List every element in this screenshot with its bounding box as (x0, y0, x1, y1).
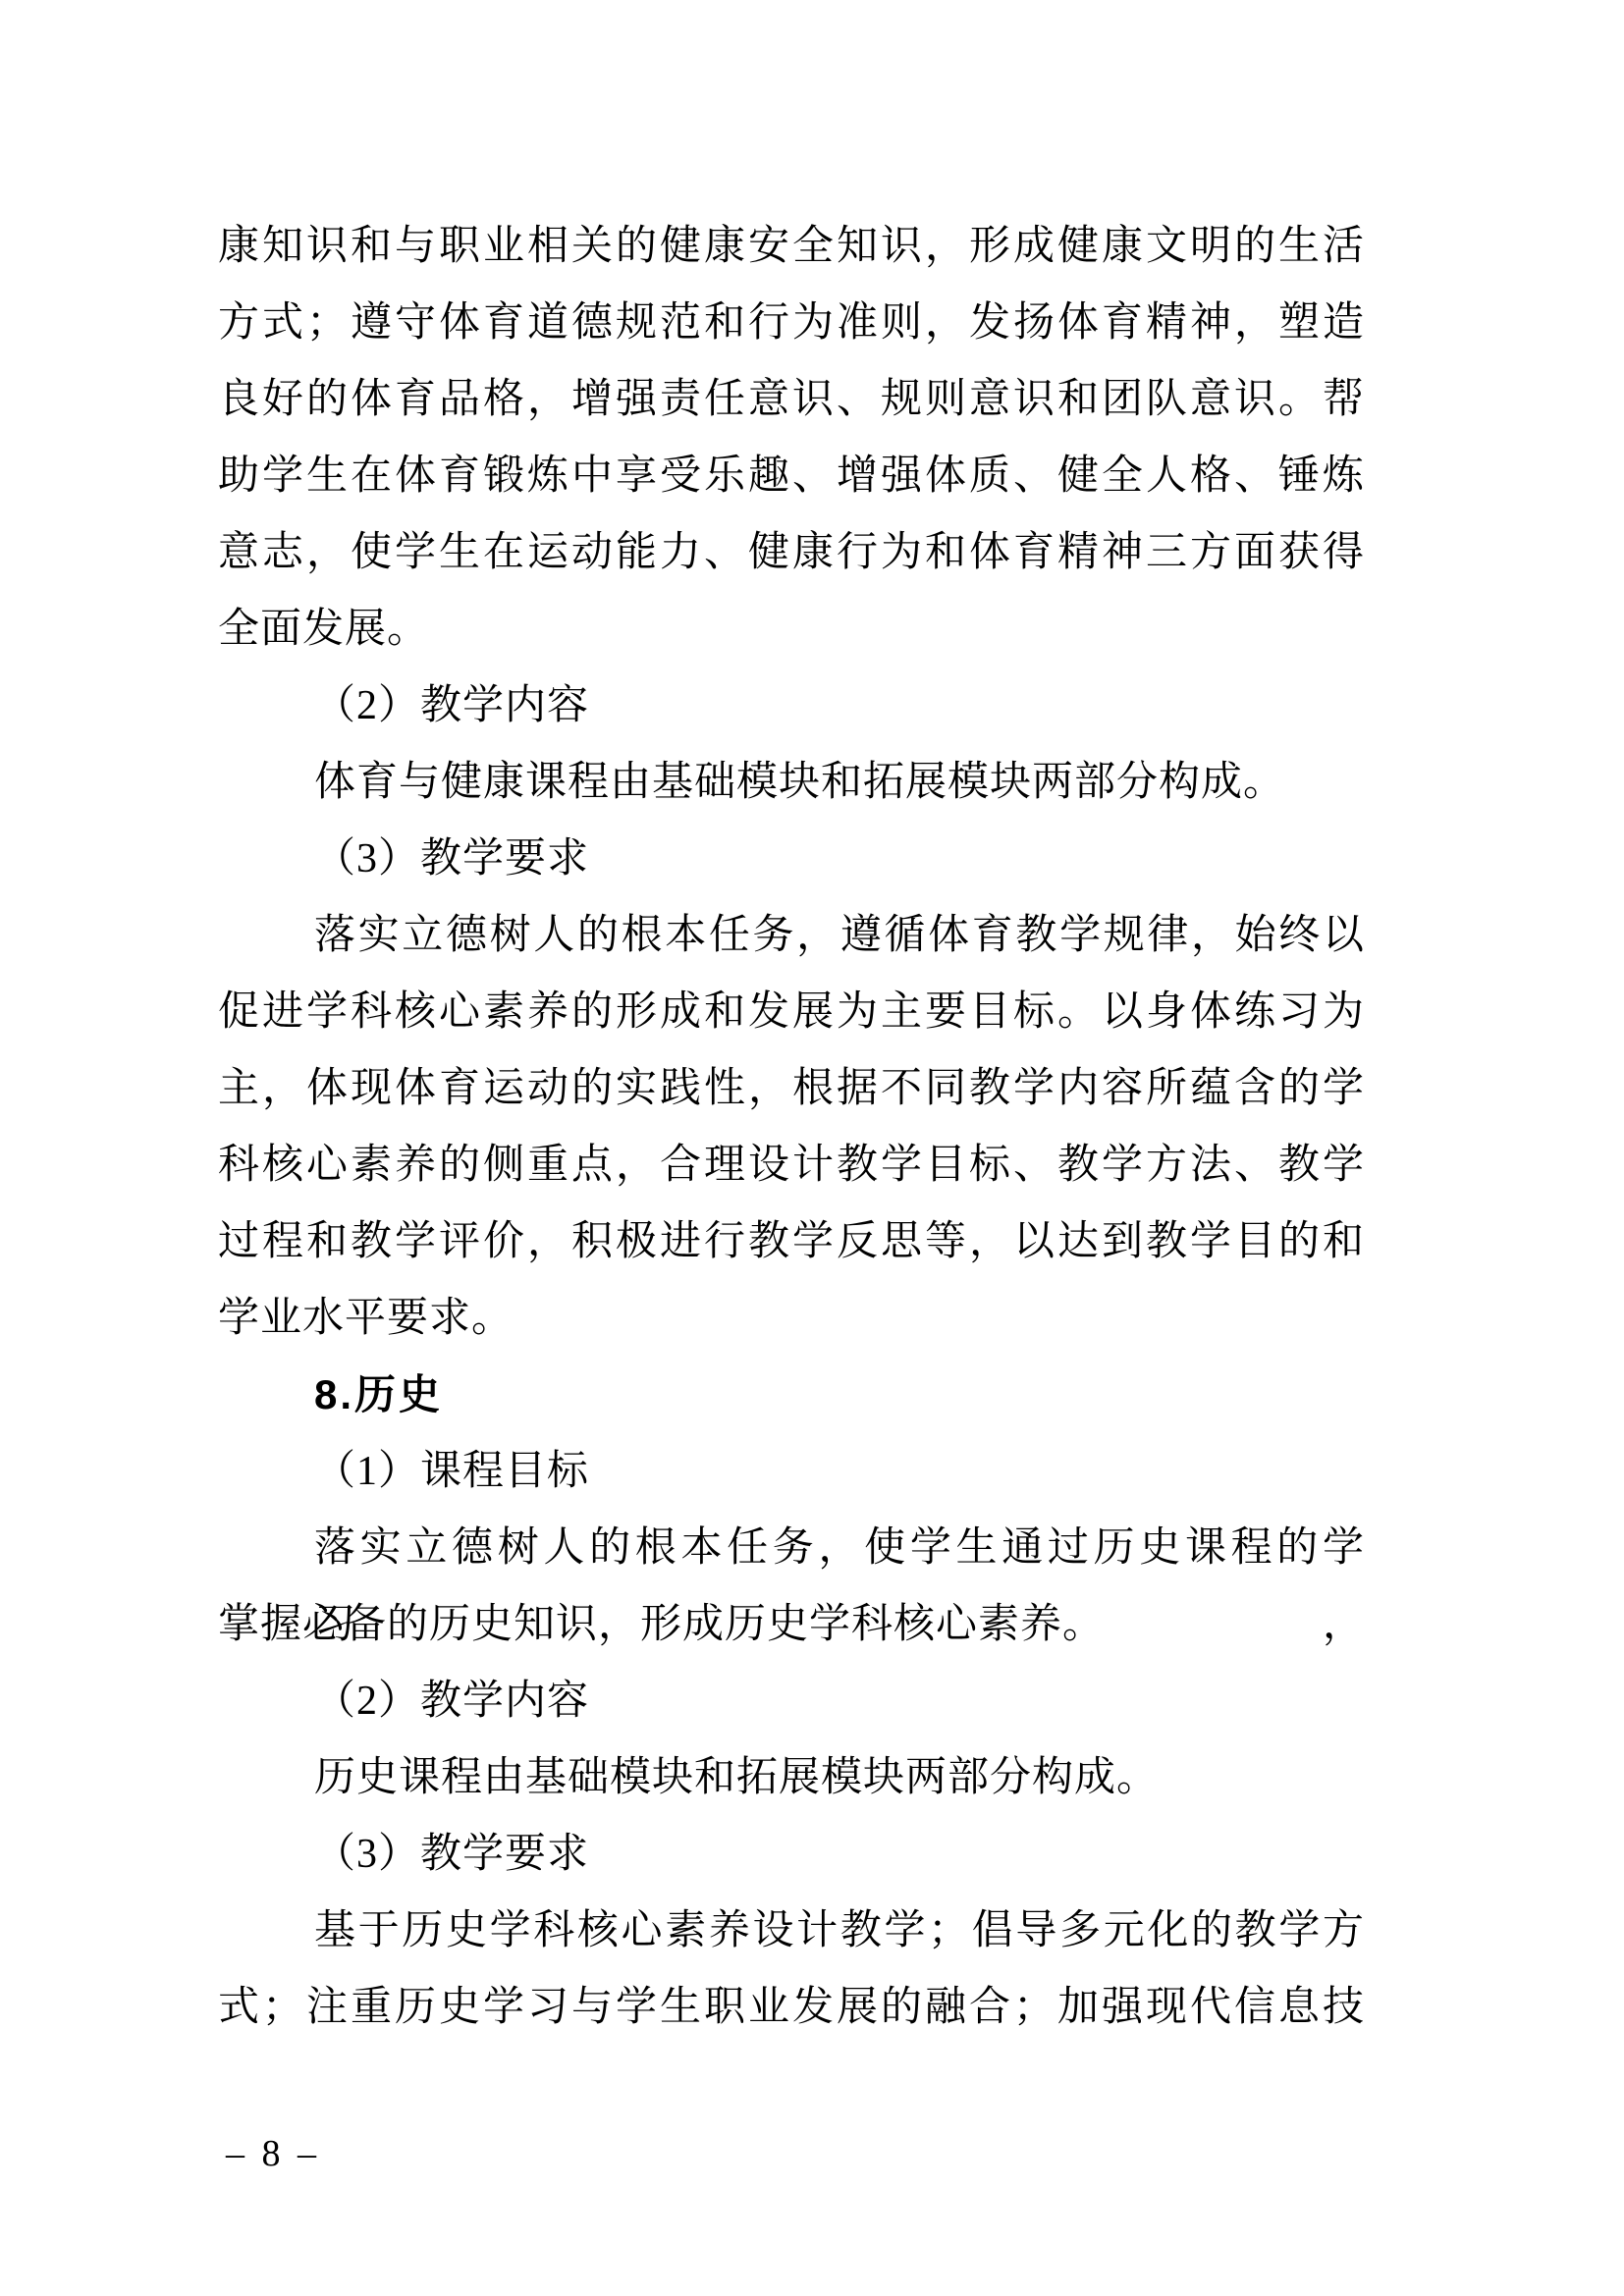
text-line: （3）教学要求 (218, 1816, 1365, 1893)
page-footer: – 8 – (226, 2130, 320, 2177)
text-line: 方式；遵守体育道德规范和行为准则，发扬体育精神，塑造 (218, 285, 1365, 361)
text-line: （1）课程目标 (218, 1433, 1365, 1510)
text-line: 基于历史学科核心素养设计教学；倡导多元化的教学方 (218, 1893, 1365, 1969)
text-line: 学业水平要求。 (218, 1280, 1365, 1357)
text-line: 历史课程由基础模块和拓展模块两部分构成。 (218, 1739, 1365, 1816)
text-line: 良好的体育品格，增强责任意识、规则意识和团队意识。帮 (218, 361, 1365, 438)
text-line: （2）教学内容 (218, 1663, 1365, 1739)
text-line: 体育与健康课程由基础模块和拓展模块两部分构成。 (218, 744, 1365, 821)
text-line: （3）教学要求 (218, 821, 1365, 897)
text-line: 落实立德树人的根本任务，遵循体育教学规律，始终以 (218, 897, 1365, 974)
text-line: 意志，使学生在运动能力、健康行为和体育精神三方面获得 (218, 514, 1365, 591)
text-line: 科核心素养的侧重点，合理设计教学目标、教学方法、教学 (218, 1127, 1365, 1203)
text-line: 落实立德树人的根本任务，使学生通过历史课程的学习， (218, 1510, 1365, 1586)
text-line: 全面发展。 (218, 591, 1365, 667)
text-line: （2）教学内容 (218, 667, 1365, 744)
page-number: – 8 – (226, 2133, 320, 2174)
text-line: 过程和教学评价，积极进行教学反思等，以达到教学目的和 (218, 1203, 1365, 1280)
document-page: 康知识和与职业相关的健康安全知识，形成健康文明的生活方式；遵守体育道德规范和行为… (0, 0, 1624, 2296)
text-line: 康知识和与职业相关的健康安全知识，形成健康文明的生活 (218, 208, 1365, 285)
text-line: 8.历史 (218, 1357, 1365, 1433)
text-line: 主，体现体育运动的实践性，根据不同教学内容所蕴含的学 (218, 1050, 1365, 1127)
text-line: 助学生在体育锻炼中享受乐趣、增强体质、健全人格、锤炼 (218, 438, 1365, 514)
text-line: 促进学科核心素养的形成和发展为主要目标。以身体练习为 (218, 974, 1365, 1050)
text-block: 康知识和与职业相关的健康安全知识，形成健康文明的生活方式；遵守体育道德规范和行为… (218, 208, 1365, 2046)
text-line: 式；注重历史学习与学生职业发展的融合；加强现代信息技 (218, 1969, 1365, 2046)
